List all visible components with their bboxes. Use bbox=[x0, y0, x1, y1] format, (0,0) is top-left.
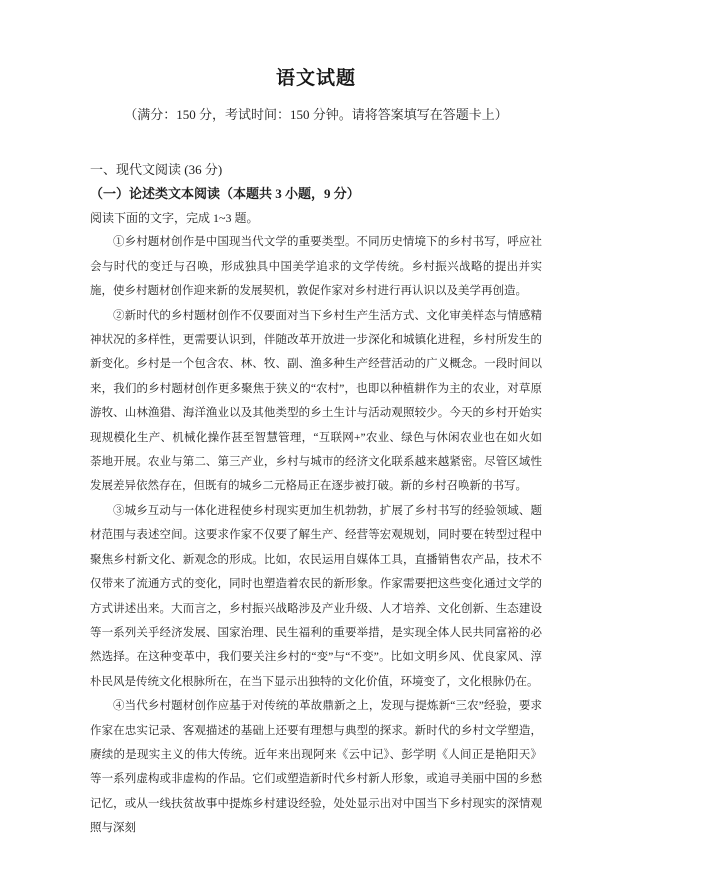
section-heading-modern-reading: 一、现代文阅读 (36 分) bbox=[90, 158, 542, 182]
exam-document-page: 语文试题 （满分：150 分，考试时间：150 分钟。请将答案填写在答题卡上） … bbox=[0, 0, 701, 877]
passage-paragraph-3: ③城乡互动与一体化进程使乡村现实更加生机勃勃，扩展了乡村书写的经验领域、题材范围… bbox=[90, 499, 542, 694]
reading-instruction: 阅读下面的文字，完成 1~3 题。 bbox=[90, 206, 542, 230]
subsection-heading-argumentative-text: （一）论述类文本阅读（本题共 3 小题，9 分） bbox=[90, 182, 542, 206]
document-content: 语文试题 （满分：150 分，考试时间：150 分钟。请将答案填写在答题卡上） … bbox=[90, 0, 542, 841]
passage-paragraph-4: ④当代乡村题材创作应基于对传统的革故鼎新之上，发现与提炼新“三农”经验，要求作家… bbox=[90, 694, 542, 840]
exam-rules-line: （满分：150 分，考试时间：150 分钟。请将答案填写在答题卡上） bbox=[90, 106, 542, 124]
passage-paragraph-1: ①乡村题材创作是中国现当代文学的重要类型。不同历史情境下的乡村书写，呼应社会与时… bbox=[90, 230, 542, 303]
passage-paragraph-2: ②新时代的乡村题材创作不仅要面对当下乡村生产生活方式、文化审美样态与情感精神状况… bbox=[90, 304, 542, 499]
page-title: 语文试题 bbox=[90, 64, 542, 94]
